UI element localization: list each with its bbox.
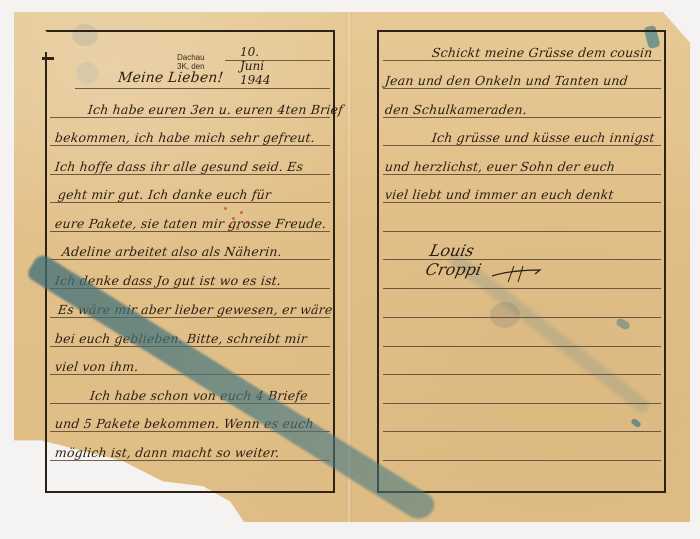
rule-line — [50, 288, 330, 289]
rule-line — [50, 460, 330, 461]
rule-line — [75, 88, 330, 89]
rule-line — [383, 431, 661, 432]
rule-line — [383, 60, 661, 61]
letter-line: Schickt meine Grüsse dem cousin — [431, 45, 653, 60]
rule-line — [383, 174, 661, 175]
rule-line — [50, 174, 330, 175]
letter-line: viel von ihm. — [54, 359, 139, 374]
letter-date: 10. Juni 1944 — [240, 45, 271, 87]
letter-line: Ich denke dass Jo gut ist wo es ist. — [54, 273, 282, 288]
rule-line — [50, 117, 330, 118]
left-page-border-left — [45, 52, 47, 493]
letter-line: eure Pakete, sie taten mir grosse Freude… — [54, 216, 327, 231]
rule-line — [50, 374, 330, 375]
letter-line: Es wäre mir aber lieber gewesen, er wäre — [57, 302, 333, 317]
rule-line — [383, 374, 661, 375]
margin-mark — [42, 57, 54, 60]
letter-line: Jean und den Onkeln und Tanten und — [384, 73, 629, 88]
rule-line — [383, 117, 661, 118]
rule-line — [50, 317, 330, 318]
rule-line — [383, 346, 661, 347]
rule-line — [383, 202, 661, 203]
rule-line — [225, 60, 330, 61]
signature: Louis Croppi — [424, 241, 487, 279]
letter-line: und 5 Pakete bekommen. Wenn es euch — [54, 416, 314, 431]
greeting: Meine Lieben! — [117, 70, 224, 86]
rule-line — [50, 346, 330, 347]
letter-line: Ich habe schon von euch 4 Briefe — [89, 388, 308, 403]
letter-line: Ich hoffe dass ihr alle gesund seid. Es — [54, 159, 304, 174]
letter-line: Adeline arbeitet also als Näherin. — [61, 244, 283, 259]
printed-header: Dachau 3K, den — [177, 53, 205, 71]
rule-line — [383, 403, 661, 404]
letter-line: und herzlichst, euer Sohn der euch — [384, 159, 616, 174]
letter-line: Ich grüsse und küsse euch innigst — [431, 130, 655, 145]
letter-line: viel liebt und immer an euch denkt — [384, 187, 614, 202]
rule-line — [50, 202, 330, 203]
rule-line — [50, 431, 330, 432]
letter-line: Ich habe euren 3en u. euren 4ten Brief — [87, 102, 344, 117]
rule-line — [383, 231, 661, 232]
rule-line — [383, 259, 661, 260]
letter-line: bekommen, ich habe mich sehr gefreut. — [54, 130, 316, 145]
rule-line — [383, 88, 661, 89]
signature-flourish-icon — [490, 262, 550, 284]
rule-line — [50, 231, 330, 232]
letter-line: bei euch geblieben. Bitte, schreibt mir — [54, 331, 308, 346]
rule-line — [50, 403, 330, 404]
rule-line — [383, 460, 661, 461]
center-fold — [346, 12, 352, 522]
letter-line: den Schulkameraden. — [384, 102, 528, 117]
rule-line — [50, 259, 330, 260]
rule-line — [50, 145, 330, 146]
rule-line — [383, 317, 661, 318]
rule-line — [383, 288, 661, 289]
letter-line: möglich ist, dann macht so weiter. — [54, 445, 280, 460]
letter-line: geht mir gut. Ich danke euch für — [57, 187, 272, 202]
rule-line — [383, 145, 661, 146]
